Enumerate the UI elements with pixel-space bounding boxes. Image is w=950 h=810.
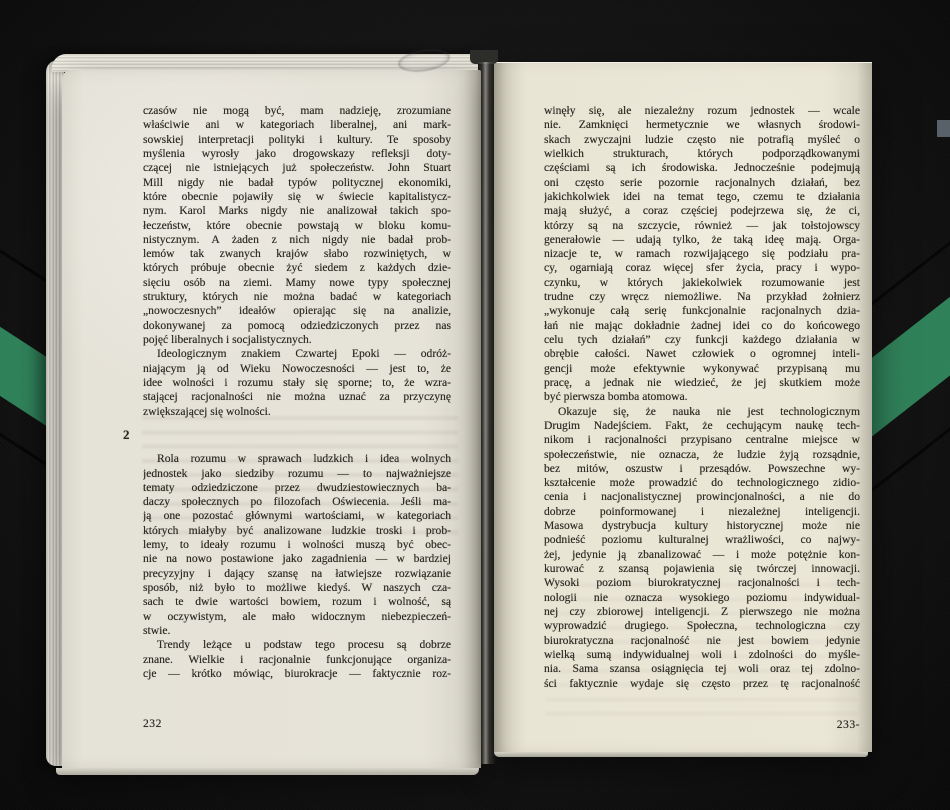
text-line: dokonywanej za pomocą odziedziczonych pr… bbox=[143, 319, 451, 333]
text-line: sowskiej interpretacji polityki i kultur… bbox=[143, 133, 451, 147]
text-line: społeczeństwie, nie oznacza, że ludzie ż… bbox=[544, 448, 860, 462]
text-line: cje — krótko mówiąc, biurokracje — fakty… bbox=[143, 667, 451, 681]
text-line: właściwie ani w kategoriach liberalnej, … bbox=[143, 118, 451, 132]
book-gutter bbox=[476, 62, 496, 764]
text-line: kurować z szansą pojawienia się twórczej… bbox=[544, 562, 860, 576]
text-line: lemów tak zwanych krajów słabo rozwinięt… bbox=[143, 247, 451, 261]
text-line: trudne czy wręcz niemożliwe. Na przykład… bbox=[544, 290, 860, 304]
text-line: którzy są na szczycie, również — jak toł… bbox=[544, 219, 860, 233]
text-line: tematy odziedziczone przez dwudziestowie… bbox=[143, 481, 451, 495]
text-line: dobrze poinformowanej i niezależnej inte… bbox=[544, 505, 860, 519]
text-line: Trendy leżące u podstaw tego procesu są … bbox=[143, 638, 451, 652]
text-line: mają służyć, a coraz częściej podejrzewa… bbox=[544, 204, 860, 218]
text-line: lemy, to ideały rozumu i wolności muszą … bbox=[143, 538, 451, 552]
text-line: jakichkolwiek idei na temat tego, czemu … bbox=[544, 190, 860, 204]
text-line: Masowa dystrybucja kultury historycznej … bbox=[544, 519, 860, 533]
text-line: Mill nigdy nie badał typów politycznej e… bbox=[143, 176, 451, 190]
text-line: nia. Sama szansa osiągnięcia tej woli or… bbox=[544, 662, 860, 676]
text-line: stwie. bbox=[143, 624, 451, 638]
text-line: bez mitów, oszustw i przesądów. Powszech… bbox=[544, 462, 860, 476]
text-line: skach zwyczajni ludzie często nie potraf… bbox=[544, 133, 860, 147]
text-line: stającej racjonalności nie można uznać z… bbox=[143, 390, 451, 404]
text-line: czasów nie mogą być, mam nadzieję, zrozu… bbox=[143, 104, 451, 118]
text-line: nikom i racjonalności przypisano central… bbox=[544, 433, 860, 447]
text-line: nym. Karol Marks nigdy nie analizował ta… bbox=[143, 204, 451, 218]
text-line: cenia i nacjonalistycznej prowincjonalno… bbox=[544, 490, 860, 504]
text-line: sach te dwie wartości bowiem, rozum i wo… bbox=[143, 595, 451, 609]
text-line: „wykonuje całą serię funkcjonalnie racjo… bbox=[544, 304, 860, 318]
left-page-text: czasów nie mogą być, mam nadzieję, zrozu… bbox=[143, 104, 451, 681]
text-line: celu tych działań” czy funkcji każdego d… bbox=[544, 333, 860, 347]
text-line: „nowoczesnych” ideałów opierając się na … bbox=[143, 304, 451, 318]
text-line: ści faktycznie wydaje się często przez t… bbox=[544, 677, 860, 691]
text-line: struktury, których nie można badać w kat… bbox=[143, 290, 451, 304]
text-line: nologii nie oznacza wysokiego poziomu in… bbox=[544, 591, 860, 605]
open-book: czasów nie mogą być, mam nadzieję, zrozu… bbox=[0, 0, 950, 810]
text-line: być pierwsza bomba atomowa. bbox=[544, 390, 860, 404]
text-line: niającym ją od Wieku Nowoczesności — jes… bbox=[143, 362, 451, 376]
text-line: idee wolności i rozumu stały się sporne;… bbox=[143, 376, 451, 390]
text-line: których miałyby być analizowane ludzkie … bbox=[143, 524, 451, 538]
text-line: Ideologicznym znakiem Czwartej Epoki — o… bbox=[143, 347, 451, 361]
text-line: wyprowadzić drugiego. Społeczna, technol… bbox=[544, 619, 860, 633]
text-line: żej, jedynie ją zbanalizować — i może po… bbox=[544, 548, 860, 562]
right-page-text: winęły się, ale niezależny rozum jednost… bbox=[544, 104, 860, 691]
text-line: nizacje te, w ramach rozwijającego się p… bbox=[544, 247, 860, 261]
text-line: obrębie całości. Nawet człowiek o ogromn… bbox=[544, 347, 860, 361]
text-line: generałowie — udają tylko, że taką ideę … bbox=[544, 233, 860, 247]
text-line: daczy społecznych po filozofach Oświecen… bbox=[143, 495, 451, 509]
text-line: czynku, w których jakiekolwiek rozumowan… bbox=[544, 276, 860, 290]
text-line: sposób, niż było to możliwe kiedyś. W na… bbox=[143, 581, 451, 595]
text-line: winęły się, ale niezależny rozum jednost… bbox=[544, 104, 860, 118]
text-line: nistycznym. A żaden z nich nigdy nie bad… bbox=[143, 233, 451, 247]
text-line: cy, ogarniają coraz więcej sfer życia, p… bbox=[544, 261, 860, 275]
text-line: pracę, a jednak nie wiedzieć, że jej sku… bbox=[544, 376, 860, 390]
text-line: gencji może efektywnie wykonywać przypis… bbox=[544, 362, 860, 376]
text-line: nej czy zbiorowej inteligencji. Z pierws… bbox=[544, 605, 860, 619]
text-line: łań nie mając dokładnie żadnej idei co d… bbox=[544, 319, 860, 333]
text-line: wielką sumą indywidualnej woli i zdolnoś… bbox=[544, 648, 860, 662]
text-line: wielkich strukturach, których podporządk… bbox=[544, 147, 860, 161]
text-line: Drugim Nadejściem. Fakt, że cechującym n… bbox=[544, 419, 860, 433]
text-line: zwiększającej się wolności. bbox=[143, 405, 451, 419]
text-line: oni często serie pozornie racjonalnych d… bbox=[544, 176, 860, 190]
text-line: w oczywistym, ale mało widocznym niebezp… bbox=[143, 610, 451, 624]
text-line: sięciu osób na ziemi. Mamy nowe typy spo… bbox=[143, 276, 451, 290]
text-line: biurokratyczna racjonalność nie jest bow… bbox=[544, 634, 860, 648]
text-line: kształcenie może prowadzić do technologi… bbox=[544, 476, 860, 490]
text-line: czącej nie istniejących już społeczeństw… bbox=[143, 161, 451, 175]
right-page: winęły się, ale niezależny rozum jednost… bbox=[494, 62, 872, 752]
text-line: częściami są ich środowiska. Jednocześni… bbox=[544, 161, 860, 175]
text-line: których próbuje obecnie żyć siedem z każ… bbox=[143, 261, 451, 275]
page-number-right: 233- bbox=[544, 718, 860, 732]
page-number-left: 232 bbox=[143, 717, 162, 731]
left-page: czasów nie mogą być, mam nadzieję, zrozu… bbox=[62, 70, 481, 768]
text-line: Okazuje się, że nauka nie jest technolog… bbox=[544, 405, 860, 419]
text-line: nie na nowo postawione jako zagadnienia … bbox=[143, 552, 451, 566]
text-line: jednostek jako siedziby rozumu — to najw… bbox=[143, 467, 451, 481]
text-line: precyzyjny i dający szansę na łatwiejsze… bbox=[143, 567, 451, 581]
text-line: pojęć liberalnych i socjalistycznych. bbox=[143, 333, 451, 347]
book-photo-scene: czasów nie mogą być, mam nadzieję, zrozu… bbox=[0, 0, 950, 810]
text-line: nie. Zamknięci hermetycznie we własnych … bbox=[544, 118, 860, 132]
text-line: znane. Wielkie i racjonalnie funkcjonują… bbox=[143, 653, 451, 667]
text-line: Rola rozumu w sprawach ludzkich i idea w… bbox=[143, 452, 451, 466]
text-line: które obecnie pojawiły się w świecie kap… bbox=[143, 190, 451, 204]
text-line: myślenia wyrosły jako drogowskazy reflek… bbox=[143, 147, 451, 161]
text-line: łeczeństw, które obecnie powstają w blok… bbox=[143, 219, 451, 233]
section-heading: 2 bbox=[123, 428, 451, 442]
text-line: ją one pozostać głównymi wartościami, w … bbox=[143, 509, 451, 523]
text-line: Wysoki poziom biurokratycznej racjonalno… bbox=[544, 576, 860, 590]
text-line: podnieść poziomu kulturalnej wrażliwości… bbox=[544, 533, 860, 547]
